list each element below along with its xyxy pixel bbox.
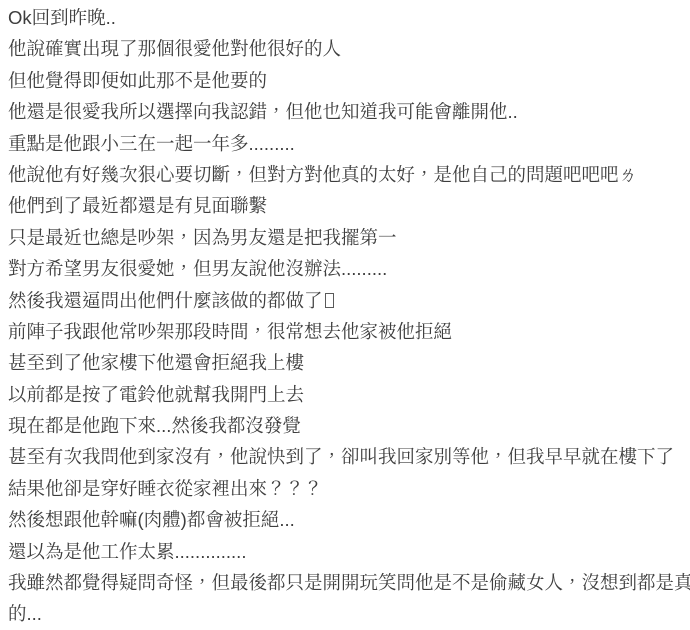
post-line-17: 然後想跟他幹嘛(肉體)都會被拒絕... <box>8 504 690 535</box>
post-line-9: 對方希望男友很愛她，但男友說他沒辦法......... <box>8 253 690 284</box>
post-line-16: 結果他卻是穿好睡衣從家裡出來？？？ <box>8 473 690 504</box>
post-line-7: 他們到了最近都還是有見面聯繫 <box>8 190 690 221</box>
post-line-10: 然後我還逼問出他們什麼該做的都做了 <box>8 285 690 316</box>
post-line-3: 但他覺得即便如此那不是他要的 <box>8 65 690 96</box>
post-line-8: 只是最近也總是吵架，因為男友還是把我擺第一 <box>8 222 690 253</box>
missing-glyph-box <box>325 293 334 308</box>
post-line-1: Ok回到昨晚.. <box>8 2 690 33</box>
post-line-14: 現在都是他跑下來...然後我都沒發覺 <box>8 410 690 441</box>
post-line-19: 我雖然都覺得疑問奇怪，但最後都只是開開玩笑問他是不是偷藏女人，沒想到都是真 <box>8 567 690 598</box>
post-line-20: 的... <box>8 598 690 629</box>
post-content: Ok回到昨晚..他說確實出現了那個很愛他對他很好的人但他覺得即便如此那不是他要的… <box>0 0 690 630</box>
post-line-2: 他說確實出現了那個很愛他對他很好的人 <box>8 33 690 64</box>
post-line-13: 以前都是按了電鈴他就幫我開門上去 <box>8 379 690 410</box>
post-line-18: 還以為是他工作太累.............. <box>8 536 690 567</box>
post-line-15: 甚至有次我問他到家沒有，他說快到了，卻叫我回家別等他，但我早早就在樓下了 <box>8 441 690 472</box>
post-line-11: 前陣子我跟他常吵架那段時間，很常想去他家被他拒絕 <box>8 316 690 347</box>
post-line-5: 重點是他跟小三在一起一年多......... <box>8 128 690 159</box>
post-line-6: 他說他有好幾次狠心要切斷，但對方對他真的太好，是他自己的問題吧吧吧ㄌ <box>8 159 690 190</box>
post-line-12: 甚至到了他家樓下他還會拒絕我上樓 <box>8 347 690 378</box>
post-line-4: 他還是很愛我所以選擇向我認錯，但他也知道我可能會離開他.. <box>8 96 690 127</box>
